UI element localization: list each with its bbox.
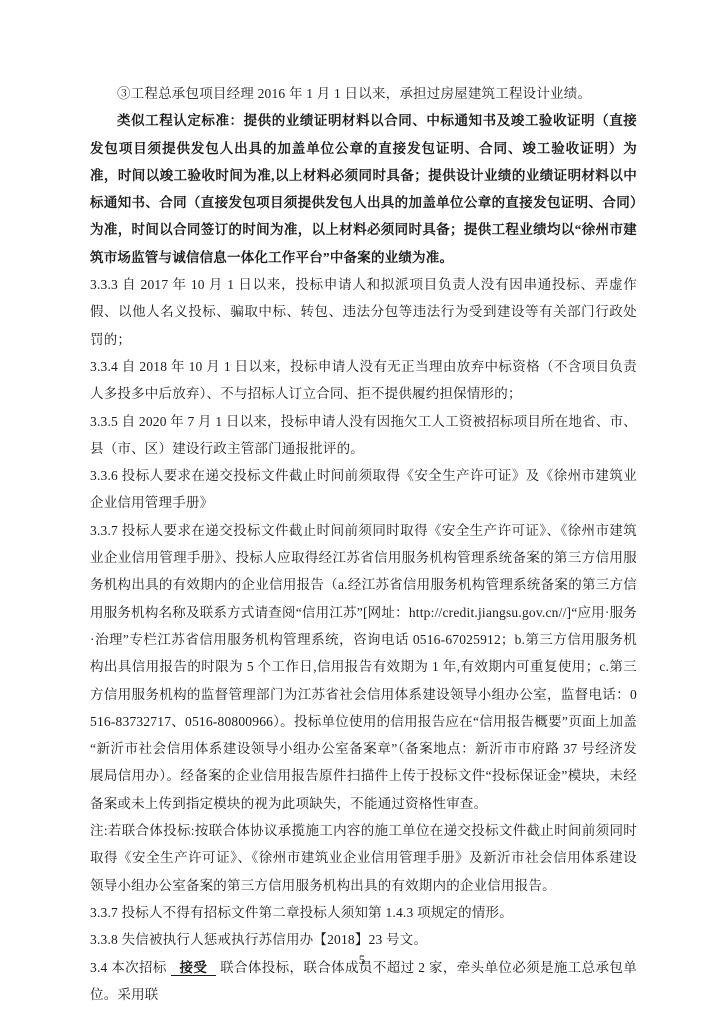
clause-item-3-epc-manager: ③工程总承包项目经理 2016 年 1 月 1 日以来，承担过房屋建筑工程设计业…: [90, 80, 637, 107]
clause-3-3-4: 3.3.4 自 2018 年 10 月 1 日以来，投标申请人没有无正当理由放弃…: [90, 353, 637, 408]
note-consortium-bid: 注:若联合体投标:按联合体协议承揽施工内容的施工单位在递交投标文件截止时间前须同…: [90, 817, 637, 899]
clause-3-3-3: 3.3.3 自 2017 年 10 月 1 日以来，投标申请人和拟派项目负责人没…: [90, 271, 637, 353]
clause-3-3-8-dishonesty: 3.3.8 失信被执行人惩戒执行苏信用办【2018】23 号文。: [90, 926, 637, 953]
clause-3-3-7-restriction: 3.3.7 投标人不得有招标文件第二章投标人须知第 1.4.3 项规定的情形。: [90, 899, 637, 926]
similar-project-standard: 类似工程认定标准：提供的业绩证明材料以合同、中标通知书及竣工验收证明（直接发包项…: [90, 107, 637, 271]
document-body: ③工程总承包项目经理 2016 年 1 月 1 日以来，承担过房屋建筑工程设计业…: [90, 80, 637, 1008]
clause-3-3-6: 3.3.6 投标人要求在递交投标文件截止时间前须取得《安全生产许可证》及《徐州市…: [90, 462, 637, 517]
clause-3-3-7-credit-report: 3.3.7 投标人要求在递交投标文件截止时间前须同时取得《安全生产许可证》、《徐…: [90, 517, 637, 817]
clause-3-3-5: 3.3.5 自 2020 年 7 月 1 日以来，投标申请人没有因拖欠工人工资被…: [90, 408, 637, 463]
page-number: 5: [0, 952, 724, 968]
document-page: ③工程总承包项目经理 2016 年 1 月 1 日以来，承担过房屋建筑工程设计业…: [0, 0, 724, 1024]
